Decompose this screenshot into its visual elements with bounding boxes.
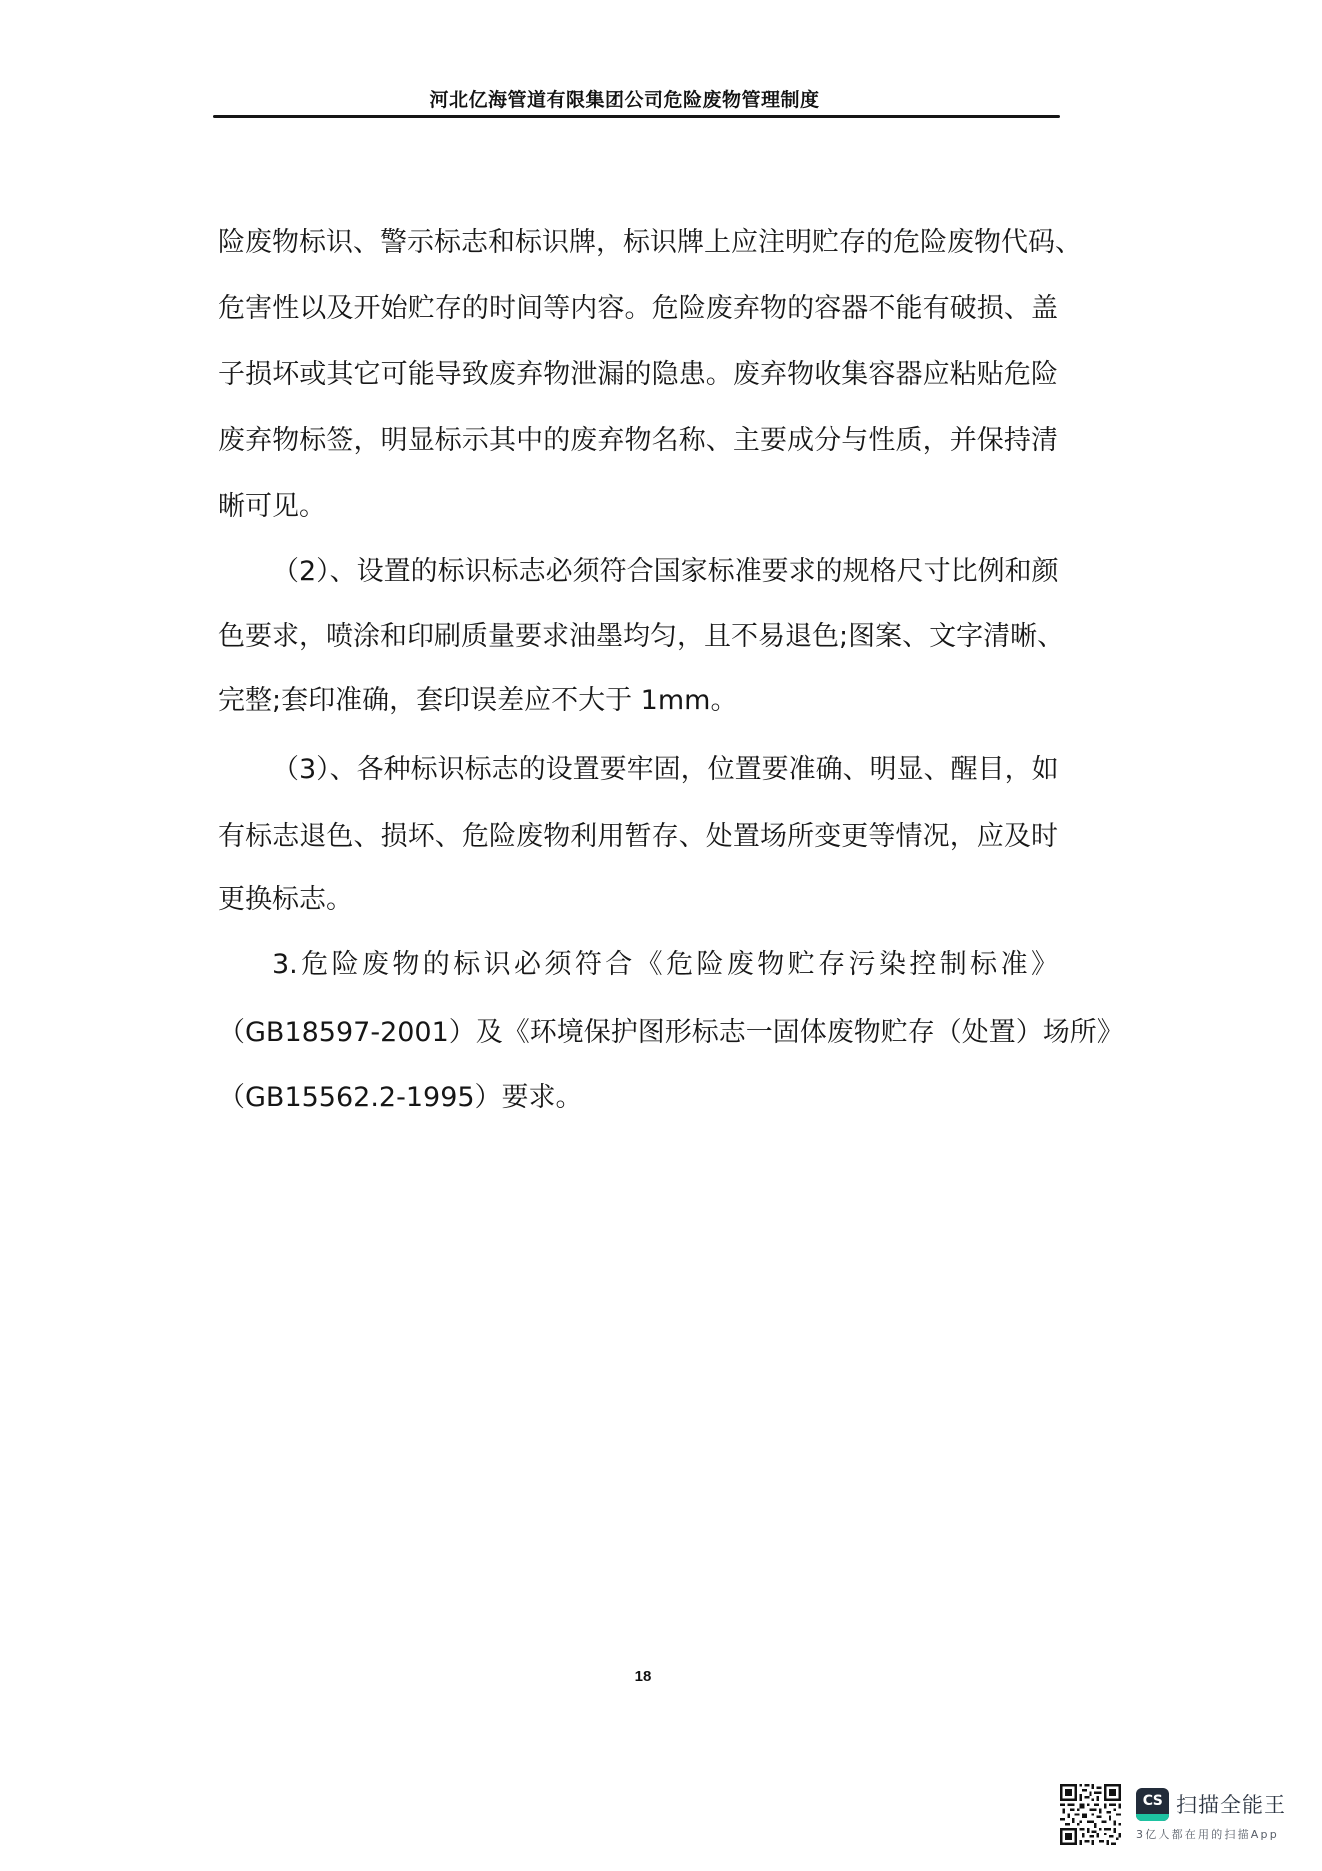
brand-name: 扫描全能王 (1176, 1791, 1286, 1819)
page-number: 18 (628, 1668, 658, 1685)
paragraph-line: （3）、各种标识标志的设置要牢固，位置要准确、明显、醒目，如 (272, 752, 1058, 788)
header-divider (213, 115, 1060, 118)
paragraph-line: 险废物标识、警示标志和标识牌，标识牌上应注明贮存的危险废物代码、 (218, 225, 1058, 261)
qr-code-icon (1060, 1784, 1121, 1845)
scanner-watermark: CS 扫描全能王 3亿人都在用的扫描App (1060, 1784, 1310, 1848)
logo-text: CS (1136, 1792, 1169, 1810)
paragraph-line: 有标志退色、损坏、危险废物利用暂存、处置场所变更等情况，应及时 (218, 819, 1058, 855)
paragraph-line: （GB18597-2001）及《环境保护图形标志一固体废物贮存（处置）场所》 (218, 1015, 1058, 1051)
paragraph-line: 子损坏或其它可能导致废弃物泄漏的隐患。废弃物收集容器应粘贴危险 (218, 357, 1058, 393)
header-title-text: 河北亿海管道有限集团公司危险废物管理制度 (429, 89, 819, 111)
paragraph-line: （GB15562.2-1995）要求。 (218, 1080, 583, 1116)
document-header-title: 河北亿海管道有限集团公司危险废物管理制度 (213, 86, 1060, 114)
paragraph-line: 色要求，喷涂和印刷质量要求油墨均匀，且不易退色;图案、文字清晰、 (218, 619, 1058, 655)
paragraph-line: 废弃物标签，明显标示其中的废弃物名称、主要成分与性质，并保持清 (218, 423, 1058, 459)
paragraph-line: 3.危险废物的标识必须符合《危险废物贮存污染控制标准》 (272, 947, 1058, 983)
logo-accent-bar (1136, 1814, 1169, 1821)
paragraph-line: （2）、设置的标识标志必须符合国家标准要求的规格尺寸比例和颜 (272, 554, 1058, 590)
brand-tagline: 3亿人都在用的扫描App (1136, 1828, 1279, 1842)
paragraph-line: 危害性以及开始贮存的时间等内容。危险废弃物的容器不能有破损、盖 (218, 291, 1058, 327)
paragraph-line: 更换标志。 (218, 882, 353, 918)
paragraph-line: 完整;套印准确，套印误差应不大于 1mm。 (218, 683, 737, 719)
camscanner-logo-icon: CS (1136, 1788, 1169, 1821)
paragraph-line: 晰可见。 (218, 489, 326, 525)
